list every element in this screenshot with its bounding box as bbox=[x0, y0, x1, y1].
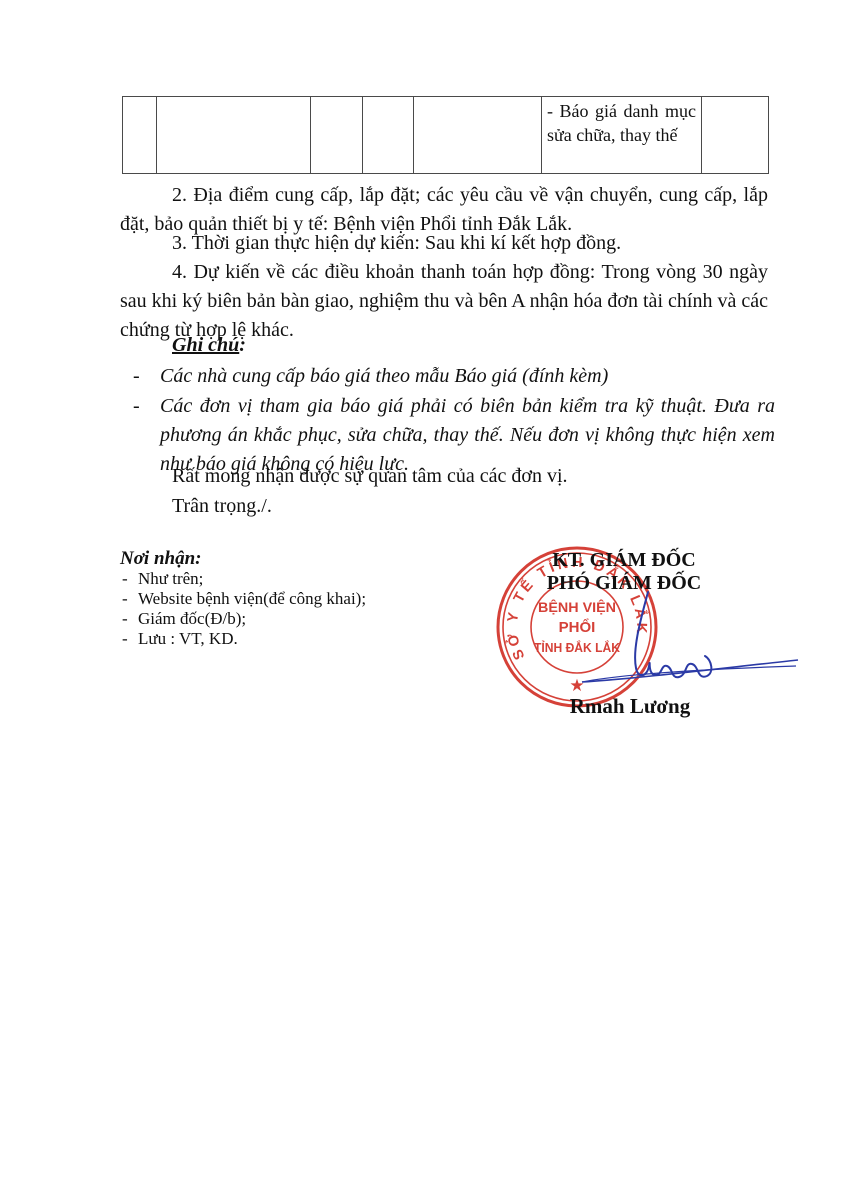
recipient-text: Website bệnh viện(để công khai); bbox=[138, 589, 366, 608]
recipient-item: -Giám đốc(Đ/b); bbox=[122, 609, 452, 629]
closing-line-2: Trân trọng./. bbox=[172, 492, 732, 521]
recipient-text: Giám đốc(Đ/b); bbox=[138, 609, 246, 628]
closing-line-1: Rất mong nhận được sự quan tâm của các đ… bbox=[172, 462, 732, 491]
table-cell bbox=[363, 97, 414, 174]
notes-heading-text: Ghi chú bbox=[172, 334, 239, 356]
recipient-dash: - bbox=[122, 609, 138, 629]
quote-table-fragment: - Báo giá danh mục sửa chữa, thay thế bbox=[122, 96, 769, 174]
notes-heading-colon: : bbox=[239, 334, 246, 356]
recipient-dash: - bbox=[122, 589, 138, 609]
note-item-text: Các nhà cung cấp báo giá theo mẫu Báo gi… bbox=[160, 365, 608, 387]
recipient-text: Lưu : VT, KD. bbox=[138, 629, 238, 648]
table-cell bbox=[157, 97, 311, 174]
recipient-item: -Lưu : VT, KD. bbox=[122, 629, 452, 649]
table-cell bbox=[311, 97, 363, 174]
paragraph-3: 3. Thời gian thực hiện dự kiến: Sau khi … bbox=[120, 229, 768, 258]
recipients-heading: Nơi nhận: bbox=[120, 548, 201, 570]
recipient-item: -Website bệnh viện(để công khai); bbox=[122, 589, 452, 609]
signature-title-line1: KT. GIÁM ĐỐC bbox=[499, 549, 749, 572]
recipient-dash: - bbox=[122, 569, 138, 589]
table-cell bbox=[414, 97, 542, 174]
table-cell bbox=[702, 97, 769, 174]
table-row: - Báo giá danh mục sửa chữa, thay thế bbox=[123, 97, 769, 174]
note-item: - Các nhà cung cấp báo giá theo mẫu Báo … bbox=[120, 362, 775, 391]
paragraph-4: 4. Dự kiến về các điều khoản thanh toán … bbox=[120, 258, 768, 345]
notes-heading: Ghi chú: bbox=[172, 334, 246, 357]
bullet-dash: - bbox=[133, 362, 140, 391]
document-page: - Báo giá danh mục sửa chữa, thay thế 2.… bbox=[0, 0, 848, 1200]
recipient-dash: - bbox=[122, 629, 138, 649]
table-cell bbox=[123, 97, 157, 174]
recipient-item: -Như trên; bbox=[122, 569, 452, 589]
handwritten-signature-icon bbox=[558, 580, 810, 700]
recipient-text: Như trên; bbox=[138, 569, 203, 588]
table-cell-note: - Báo giá danh mục sửa chữa, thay thế bbox=[542, 97, 702, 174]
bullet-dash: - bbox=[133, 392, 140, 421]
